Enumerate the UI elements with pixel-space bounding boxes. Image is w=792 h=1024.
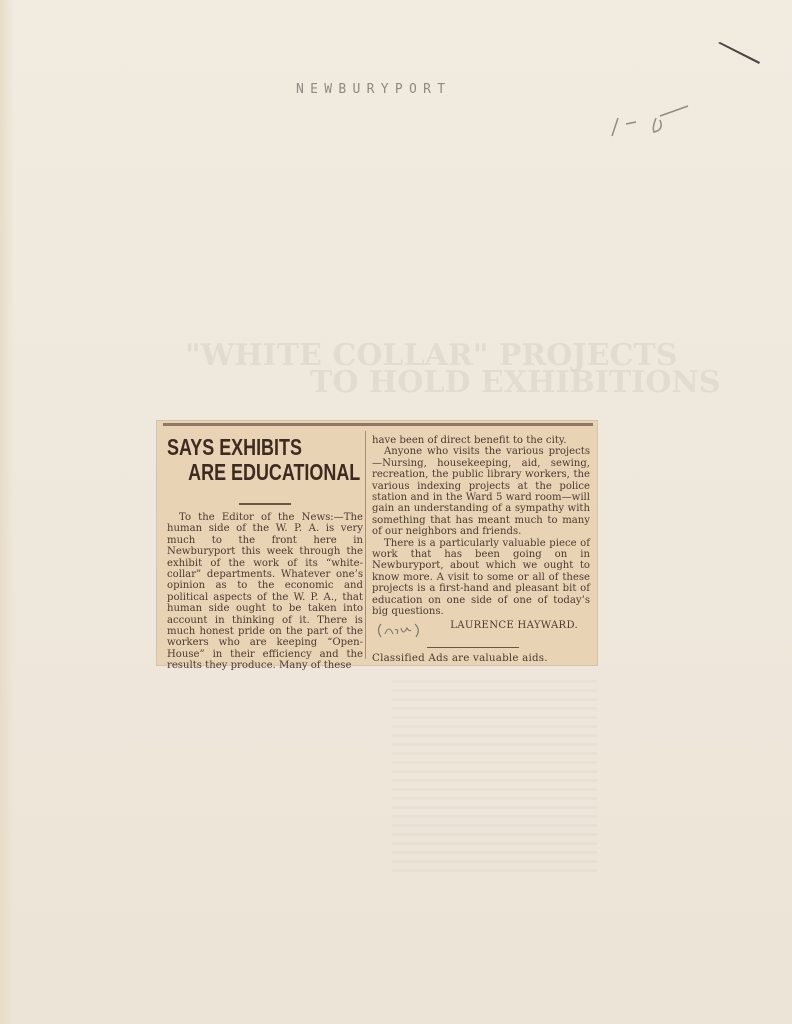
right-column: have been of direct benefit to the city.… xyxy=(372,435,590,631)
headline-line-1: SAYS EXHIBITS xyxy=(167,435,321,460)
letter-paragraph-2: Anyone who visits the various projects—N… xyxy=(372,446,590,537)
handwritten-note-1-5: 1-5 xyxy=(604,100,704,140)
filler-rule xyxy=(427,647,519,648)
newspaper-clipping: SAYS EXHIBITS ARE EDUCATIONAL To the Edi… xyxy=(157,421,597,665)
page-edge-shadow xyxy=(0,0,14,1024)
column-divider xyxy=(365,431,366,659)
show-through-text-block xyxy=(392,680,597,875)
left-column: To the Editor of the News:—The human sid… xyxy=(167,512,363,672)
clipping-headline: SAYS EXHIBITS ARE EDUCATIONAL xyxy=(167,435,365,485)
letter-paragraph-3: There is a particularly valuable piece o… xyxy=(372,538,590,618)
classified-ads-filler: Classified Ads are valuable aids. xyxy=(372,652,548,664)
handwritten-rev-annotation: (Rev.) xyxy=(375,620,423,640)
clipping-top-rule xyxy=(163,423,593,426)
show-through-headline-2: TO HOLD EXHIBITIONS xyxy=(310,365,720,400)
headline-line-2: ARE EDUCATIONAL xyxy=(171,460,322,485)
letter-paragraph-1: To the Editor of the News:—The human sid… xyxy=(167,512,363,672)
staple-mark-icon xyxy=(716,40,764,66)
scanned-page: NEWBURYPORT 1-5 "WHITE COLLAR" PROJECTS … xyxy=(0,0,792,1024)
letter-continuation: have been of direct benefit to the city. xyxy=(372,435,590,446)
header-stamp: NEWBURYPORT xyxy=(296,82,451,97)
headline-rule xyxy=(239,503,291,505)
